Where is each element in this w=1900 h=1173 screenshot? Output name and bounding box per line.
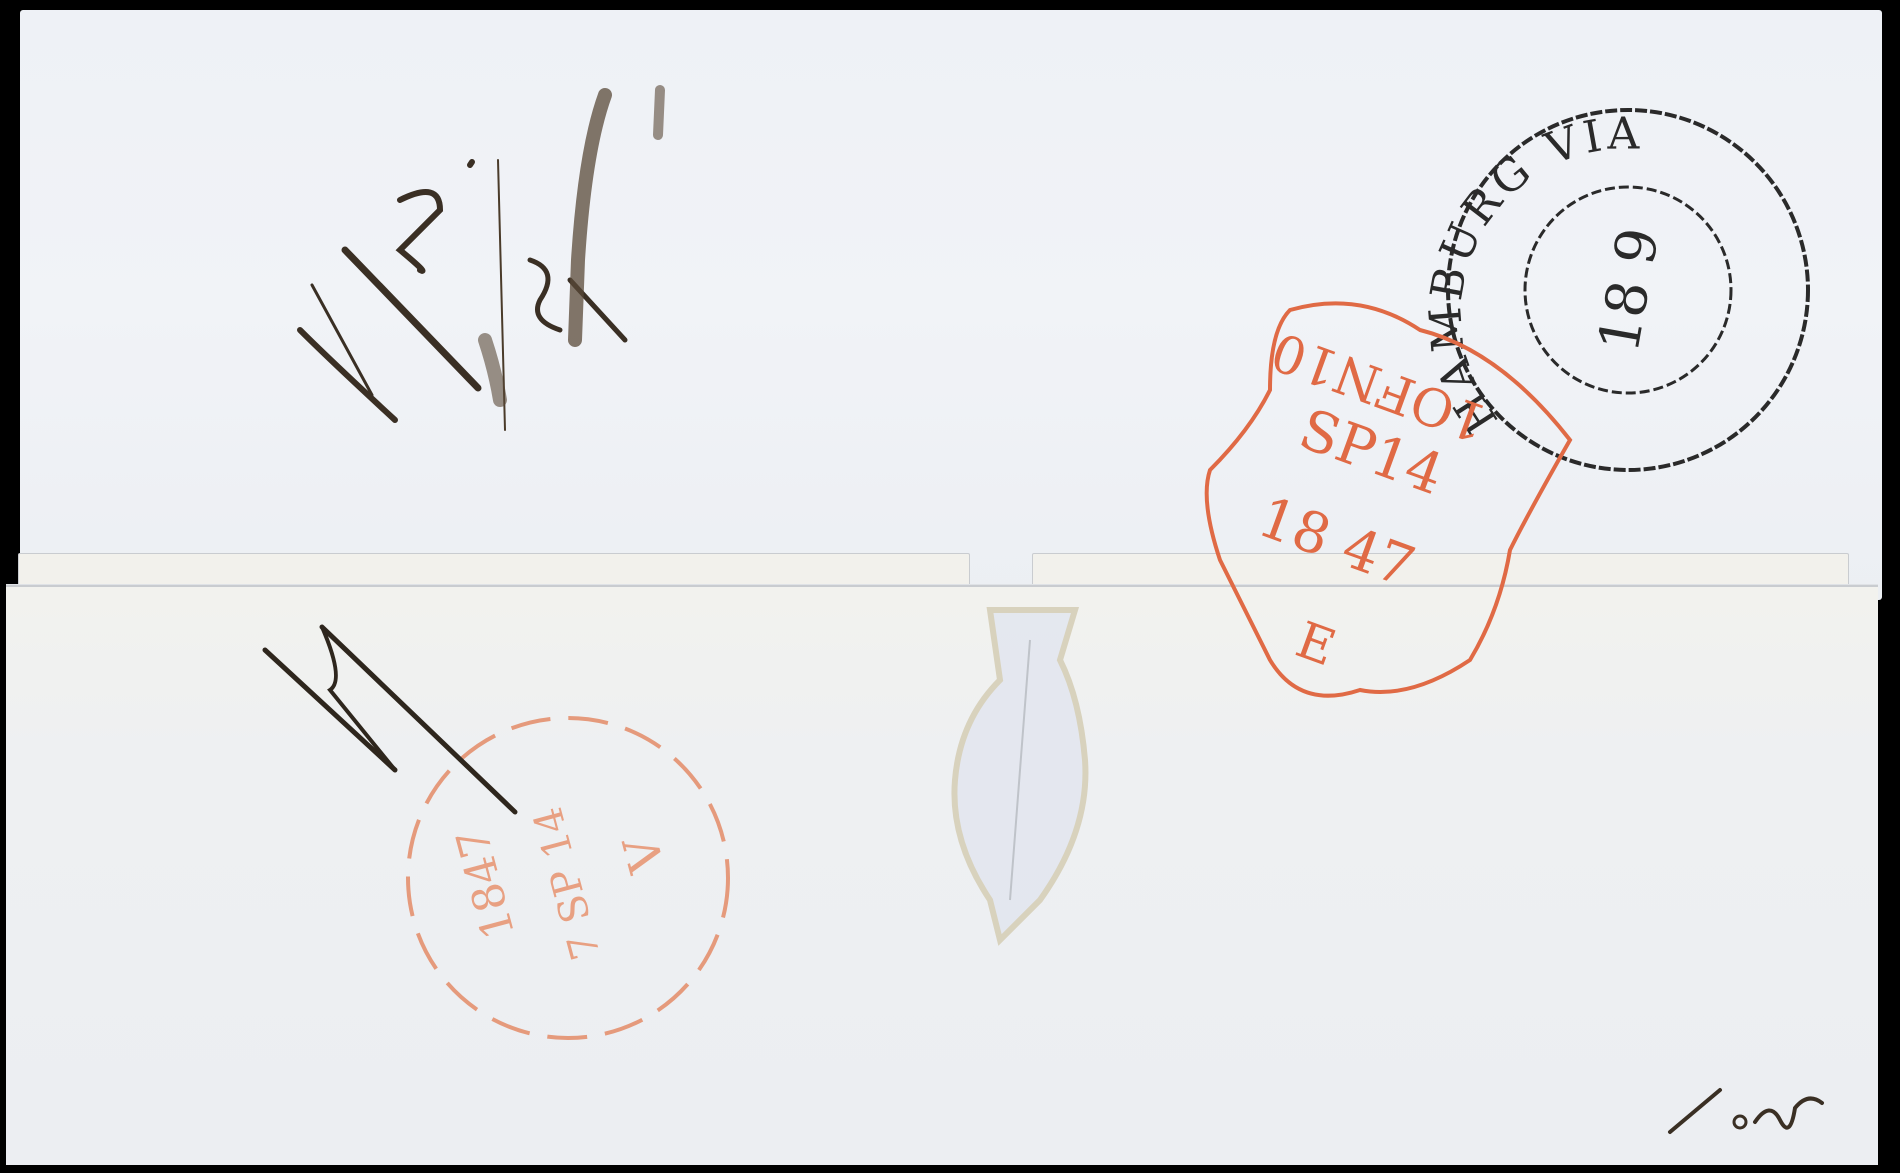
transit-letter: V — [613, 829, 677, 879]
manuscript-rate-upper — [300, 90, 660, 430]
london-receiving-postmark: 1OFN10 SP14 18 47 E — [1207, 303, 1570, 695]
transit-year: 1847 — [447, 823, 525, 944]
manuscript-bottom-right — [1670, 1090, 1822, 1132]
manuscript-lower-left — [265, 627, 515, 812]
receiving-letter: E — [1289, 611, 1343, 678]
seal-remnant — [954, 610, 1085, 940]
transit-date: 7 SP 14 — [525, 802, 610, 965]
markings-layer: HAMBURG VIA 18 9 1OFN10 SP14 18 47 E V 7… — [0, 0, 1900, 1173]
receiving-year: 18 47 — [1250, 485, 1423, 601]
hamburg-postmark-date: 18 9 — [1587, 223, 1673, 357]
transit-circle-postmark: V 7 SP 14 1847 — [408, 718, 728, 1038]
